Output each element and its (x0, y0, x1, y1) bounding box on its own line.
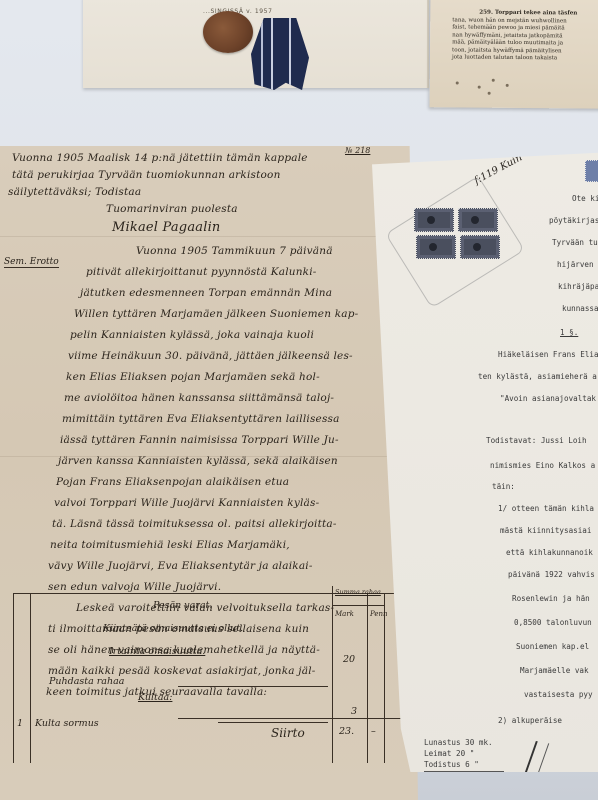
stamp-icon (458, 208, 498, 232)
typed-line: Hiäkeläisen Frans Elia (498, 350, 598, 359)
ledger-rule (332, 605, 384, 606)
ledger-rule (178, 718, 408, 719)
punch-hole (478, 86, 481, 89)
section-heading: 1 §. (560, 328, 578, 337)
stamp-icon (460, 235, 500, 259)
body-line: vävy Wille Juojärvi, Eva Eliaksentytär j… (48, 560, 313, 572)
ledger-rule (367, 594, 368, 763)
revenue-stamps (414, 208, 504, 262)
reference-number: № 218 (345, 146, 370, 155)
ledger-rule (178, 686, 328, 687)
cert-line: Tuomarinviran puolesta (106, 203, 238, 215)
body-line: tä. Läsnä tässä toimituksessa ol. paitsi… (52, 518, 337, 530)
ledger-row-mark: 3 (351, 706, 357, 717)
punch-hole (456, 81, 459, 84)
inventory-ledger: Summa rahaa Mark Penn Pesän varat. Kiint… (13, 593, 408, 763)
typed-line: Tyrvään tuo (552, 238, 598, 247)
typed-line: Suoniemen kap.el (516, 642, 589, 651)
punch-hole (488, 92, 491, 95)
ledger-row-text: Puhdasta rahaa (49, 676, 124, 687)
ledger-row-text: Kultaa: (138, 692, 172, 703)
typed-line: kunnassa (562, 304, 598, 313)
ledger-row-text: Pesän varat. (153, 600, 212, 611)
body-line: pitivät allekirjoittanut pyynnöstä Kalun… (86, 266, 317, 278)
fee-total: Yhteensä 56 mk. (424, 773, 504, 784)
ledger-rule (384, 594, 385, 763)
fee-row: Leimat 20 " (424, 748, 504, 759)
body-line: mimittäin tyttären Eva Eliaksentyttären … (62, 413, 340, 425)
typed-document: f:119 Kuin Ote kih pöytäkirjas Tyrvään t… (372, 152, 598, 772)
cert-line: Vuonna 1905 Maalisk 14 p:nä jätettiin tä… (12, 152, 308, 164)
typed-line: mästä kiinnitysasiai (500, 526, 591, 535)
photo-scene: ...SINGISSÄ v. 1957 259. Torppari tekee … (0, 0, 598, 800)
typed-line: "Avoin asianajovaltak (500, 394, 596, 403)
body-line: me aviolöitoa hänen kanssansa siittämäns… (64, 392, 334, 404)
typed-line: ten kylästä, asiamieherä a (478, 372, 597, 381)
ledger-subheader-penn: Penn (370, 610, 388, 618)
signature: Mikael Pagaalin (112, 220, 221, 235)
ledger-rule (30, 594, 31, 763)
typed-line: päivänä 1922 vahvis (508, 570, 595, 579)
ledger-rule (332, 586, 333, 763)
fee-separator (424, 771, 504, 772)
certificate-card: ...SINGISSÄ v. 1957 (83, 0, 429, 88)
printed-line: jota luottaden talutan taloon takaista (452, 54, 598, 63)
typed-line: 0,8500 talonluvun (514, 618, 592, 627)
body-line: viime Heinäkuun 30. päivänä, jättäen jäl… (68, 350, 353, 362)
typed-line: nimismies Eino Kalkos a (490, 461, 595, 470)
typed-line: täin: (492, 482, 515, 491)
body-line: valvoi Torppari Wille Juojärvi Kanniaist… (54, 497, 319, 509)
fee-summary: Lunastus 30 mk. Leimat 20 " Todistus 6 "… (424, 737, 504, 784)
revenue-stamp-icon (585, 160, 598, 182)
ribbon-icon (251, 18, 309, 90)
body-line: Pojan Frans Eliaksenpojan alaikäisen etu… (56, 476, 289, 488)
ledger-row-text: Kiinteätä omaisuutta ei ollut. (103, 623, 243, 634)
body-line: järven kanssa Kanniaisten kylässä, sekä … (58, 455, 338, 467)
ledger-column-header: Summa rahaa (335, 588, 381, 596)
fold-line (0, 236, 418, 237)
body-line: neita toimitusmiehiä leski Elias Marjamä… (50, 539, 290, 551)
ledger-transfer-penn: – (371, 726, 376, 737)
typed-line: 2) alkuperäise (498, 716, 562, 725)
typed-line: 1/ otteen tämän kihla (498, 504, 594, 513)
typed-line: vastaisesta pyy (524, 690, 593, 699)
typed-line: kihräjäpai (558, 282, 598, 291)
typed-line: Marjamäelle vak (520, 666, 589, 675)
printed-page: 259. Torppari tekee aina täsfen tana, wu… (430, 0, 598, 109)
body-line: Vuonna 1905 Tammikuun 7 päivänä (136, 245, 333, 257)
typed-line: hijärven J (557, 260, 598, 269)
body-line: iässä tyttären Fannin naimisissa Torppar… (60, 434, 339, 446)
punch-hole (506, 84, 509, 87)
typed-line: Rosenlewin ja hän (512, 594, 590, 603)
punch-hole (492, 79, 495, 82)
ledger-row-no: 1 (17, 718, 23, 729)
body-line: ken Elias Eliaksen pojan Marjamäen sekä … (66, 371, 320, 383)
cert-line: tätä perukirjaa Tyrvään tuomiokunnan ark… (12, 169, 281, 181)
ledger-subheader-mark: Mark (335, 610, 354, 618)
stamp-icon (416, 235, 456, 259)
ledger-transfer-mark: 23. (339, 726, 354, 737)
fee-row: Todistus 6 " (424, 759, 504, 770)
body-line: Willen tyttären Marjamäen jälkeen Suonie… (74, 308, 358, 320)
typed-line: että kihlakunnanoik (506, 548, 593, 557)
fee-row: Lunastus 30 mk. (424, 737, 504, 748)
ledger-row-text: Irtainta omaisuutta. (109, 646, 205, 657)
ledger-row-text: Kulta sormus (35, 718, 99, 729)
ledger-transfer-label: Siirto (271, 726, 305, 740)
ledger-rule (218, 722, 328, 723)
signature-mark (525, 741, 549, 775)
ledger-row-mark: 20 (343, 654, 355, 665)
typed-line: Ote kih (572, 194, 598, 203)
stamp-icon (414, 208, 454, 232)
margin-note: Sem. Erotto (4, 257, 59, 268)
cert-line: säilytettäväksi; Todistaa (8, 186, 141, 198)
medal-icon (203, 11, 253, 53)
body-line: jätutken edesmenneen Torpan emännän Mina (80, 287, 332, 299)
ledger-rule (13, 594, 14, 763)
typed-line: Todistavat: Jussi Loih (486, 436, 587, 445)
body-line: sen edun valvoja Wille Juojärvi. (48, 581, 221, 593)
body-line: pelin Kanniaisten kylässä, joka vainaja … (70, 329, 314, 341)
typed-line: pöytäkirjas (549, 216, 598, 225)
